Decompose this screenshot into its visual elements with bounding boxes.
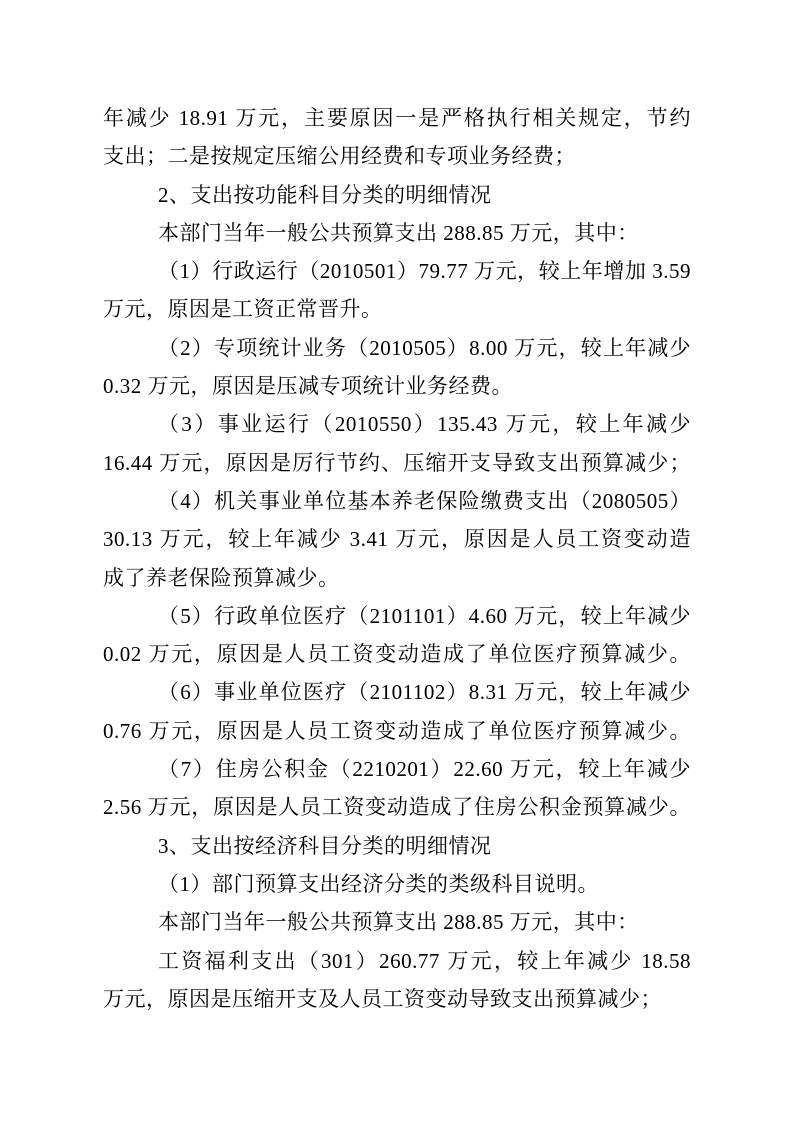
paragraph: （1）行政运行（2010501）79.77 万元，较上年增加 3.59万元，原因… xyxy=(103,252,691,329)
paragraph: 年减少 18.91 万元，主要原因一是严格执行相关规定，节约支出；二是按规定压缩… xyxy=(103,99,691,176)
paragraph: （5）行政单位医疗（2101101）4.60 万元，较上年减少0.02 万元，原… xyxy=(103,597,691,674)
text-line: 16.44 万元，原因是厉行节约、压缩开支导致支出预算减少； xyxy=(103,444,691,482)
text-line: 万元，原因是压缩开支及人员工资变动导致支出预算减少； xyxy=(103,980,691,1018)
paragraph: （3）事业运行（2010550）135.43 万元，较上年减少16.44 万元，… xyxy=(103,405,691,482)
text-line: 支出；二是按规定压缩公用经费和专项业务经费； xyxy=(103,137,691,175)
text-line: （6）事业单位医疗（2101102）8.31 万元，较上年减少 xyxy=(103,673,691,711)
text-line: （2）专项统计业务（2010505）8.00 万元，较上年减少 xyxy=(103,329,691,367)
paragraph: （2）专项统计业务（2010505）8.00 万元，较上年减少0.32 万元，原… xyxy=(103,329,691,406)
text-line: （1）部门预算支出经济分类的类级科目说明。 xyxy=(103,865,691,903)
text-line: 年减少 18.91 万元，主要原因一是严格执行相关规定，节约 xyxy=(103,99,691,137)
text-line: 2.56 万元，原因是人员工资变动造成了住房公积金预算减少。 xyxy=(103,788,691,826)
paragraph: 工资福利支出（301）260.77 万元，较上年减少 18.58万元，原因是压缩… xyxy=(103,942,691,1019)
paragraph: （6）事业单位医疗（2101102）8.31 万元，较上年减少0.76 万元，原… xyxy=(103,673,691,750)
text-line: 0.02 万元，原因是人员工资变动造成了单位医疗预算减少。 xyxy=(103,635,691,673)
paragraph: 2、支出按功能科目分类的明细情况 xyxy=(103,176,691,214)
text-line: 万元，原因是工资正常晋升。 xyxy=(103,290,691,328)
text-line: 工资福利支出（301）260.77 万元，较上年减少 18.58 xyxy=(103,942,691,980)
text-line: （1）行政运行（2010501）79.77 万元，较上年增加 3.59 xyxy=(103,252,691,290)
paragraph: 本部门当年一般公共预算支出 288.85 万元，其中： xyxy=(103,903,691,941)
text-line: 0.32 万元，原因是压减专项统计业务经费。 xyxy=(103,367,691,405)
document-body: 年减少 18.91 万元，主要原因一是严格执行相关规定，节约支出；二是按规定压缩… xyxy=(103,99,691,1018)
text-line: 30.13 万元，较上年减少 3.41 万元，原因是人员工资变动造 xyxy=(103,520,691,558)
paragraph: 3、支出按经济科目分类的明细情况 xyxy=(103,827,691,865)
text-line: （4）机关事业单位基本养老保险缴费支出（2080505） xyxy=(103,482,691,520)
text-line: 本部门当年一般公共预算支出 288.85 万元，其中： xyxy=(103,214,691,252)
text-line: 3、支出按经济科目分类的明细情况 xyxy=(103,827,691,865)
text-line: （5）行政单位医疗（2101101）4.60 万元，较上年减少 xyxy=(103,597,691,635)
text-line: （3）事业运行（2010550）135.43 万元，较上年减少 xyxy=(103,405,691,443)
text-line: 2、支出按功能科目分类的明细情况 xyxy=(103,176,691,214)
paragraph: （7）住房公积金（2210201）22.60 万元，较上年减少2.56 万元，原… xyxy=(103,750,691,827)
paragraph: （4）机关事业单位基本养老保险缴费支出（2080505）30.13 万元，较上年… xyxy=(103,482,691,597)
document-page: 年减少 18.91 万元，主要原因一是严格执行相关规定，节约支出；二是按规定压缩… xyxy=(0,0,793,1122)
paragraph: 本部门当年一般公共预算支出 288.85 万元，其中： xyxy=(103,214,691,252)
text-line: 成了养老保险预算减少。 xyxy=(103,559,691,597)
text-line: （7）住房公积金（2210201）22.60 万元，较上年减少 xyxy=(103,750,691,788)
text-line: 0.76 万元，原因是人员工资变动造成了单位医疗预算减少。 xyxy=(103,712,691,750)
text-line: 本部门当年一般公共预算支出 288.85 万元，其中： xyxy=(103,903,691,941)
paragraph: （1）部门预算支出经济分类的类级科目说明。 xyxy=(103,865,691,903)
